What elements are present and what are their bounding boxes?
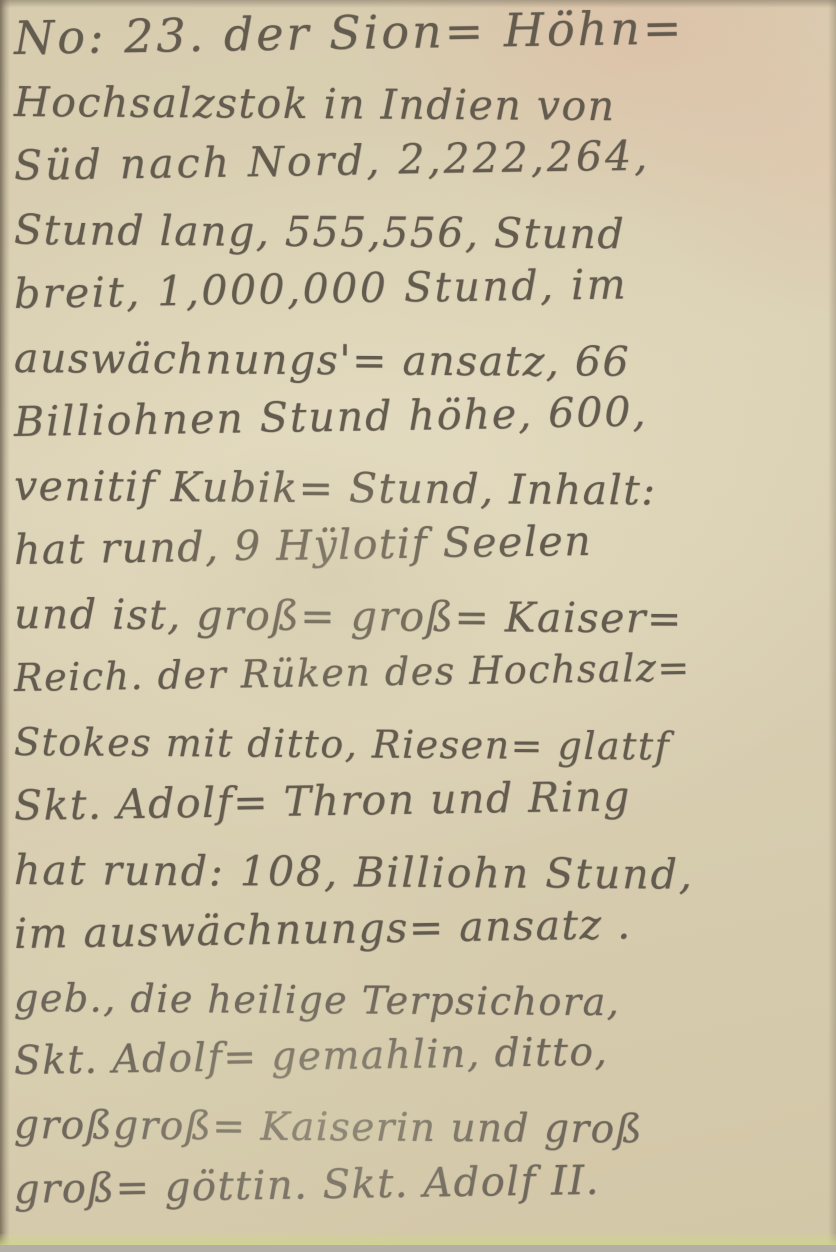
paper-stain (60, 980, 580, 1240)
manuscript-line: Süd nach Nord, 2,222,264, (13, 121, 830, 198)
paper-stain (120, 430, 540, 730)
manuscript-page: No: 23. der Sion= Höhn= Hochsalzstok in … (0, 0, 836, 1252)
scan-edge-top (0, 0, 836, 8)
manuscript-line: Billiohnen Stund höhe, 600, (13, 377, 830, 454)
manuscript-line: No: 23. der Sion= Höhn= (13, 0, 830, 70)
manuscript-line: im auswächnungs= ansatz . (13, 889, 830, 966)
manuscript-line: breit, 1,000,000 Stund, im (13, 249, 830, 326)
scan-edge-bottom-grey (0, 1245, 836, 1252)
manuscript-line: Skt. Adolf= Thron und Ring (13, 761, 830, 838)
scan-edge-right (828, 0, 836, 1252)
scan-edge-left (0, 0, 10, 1252)
